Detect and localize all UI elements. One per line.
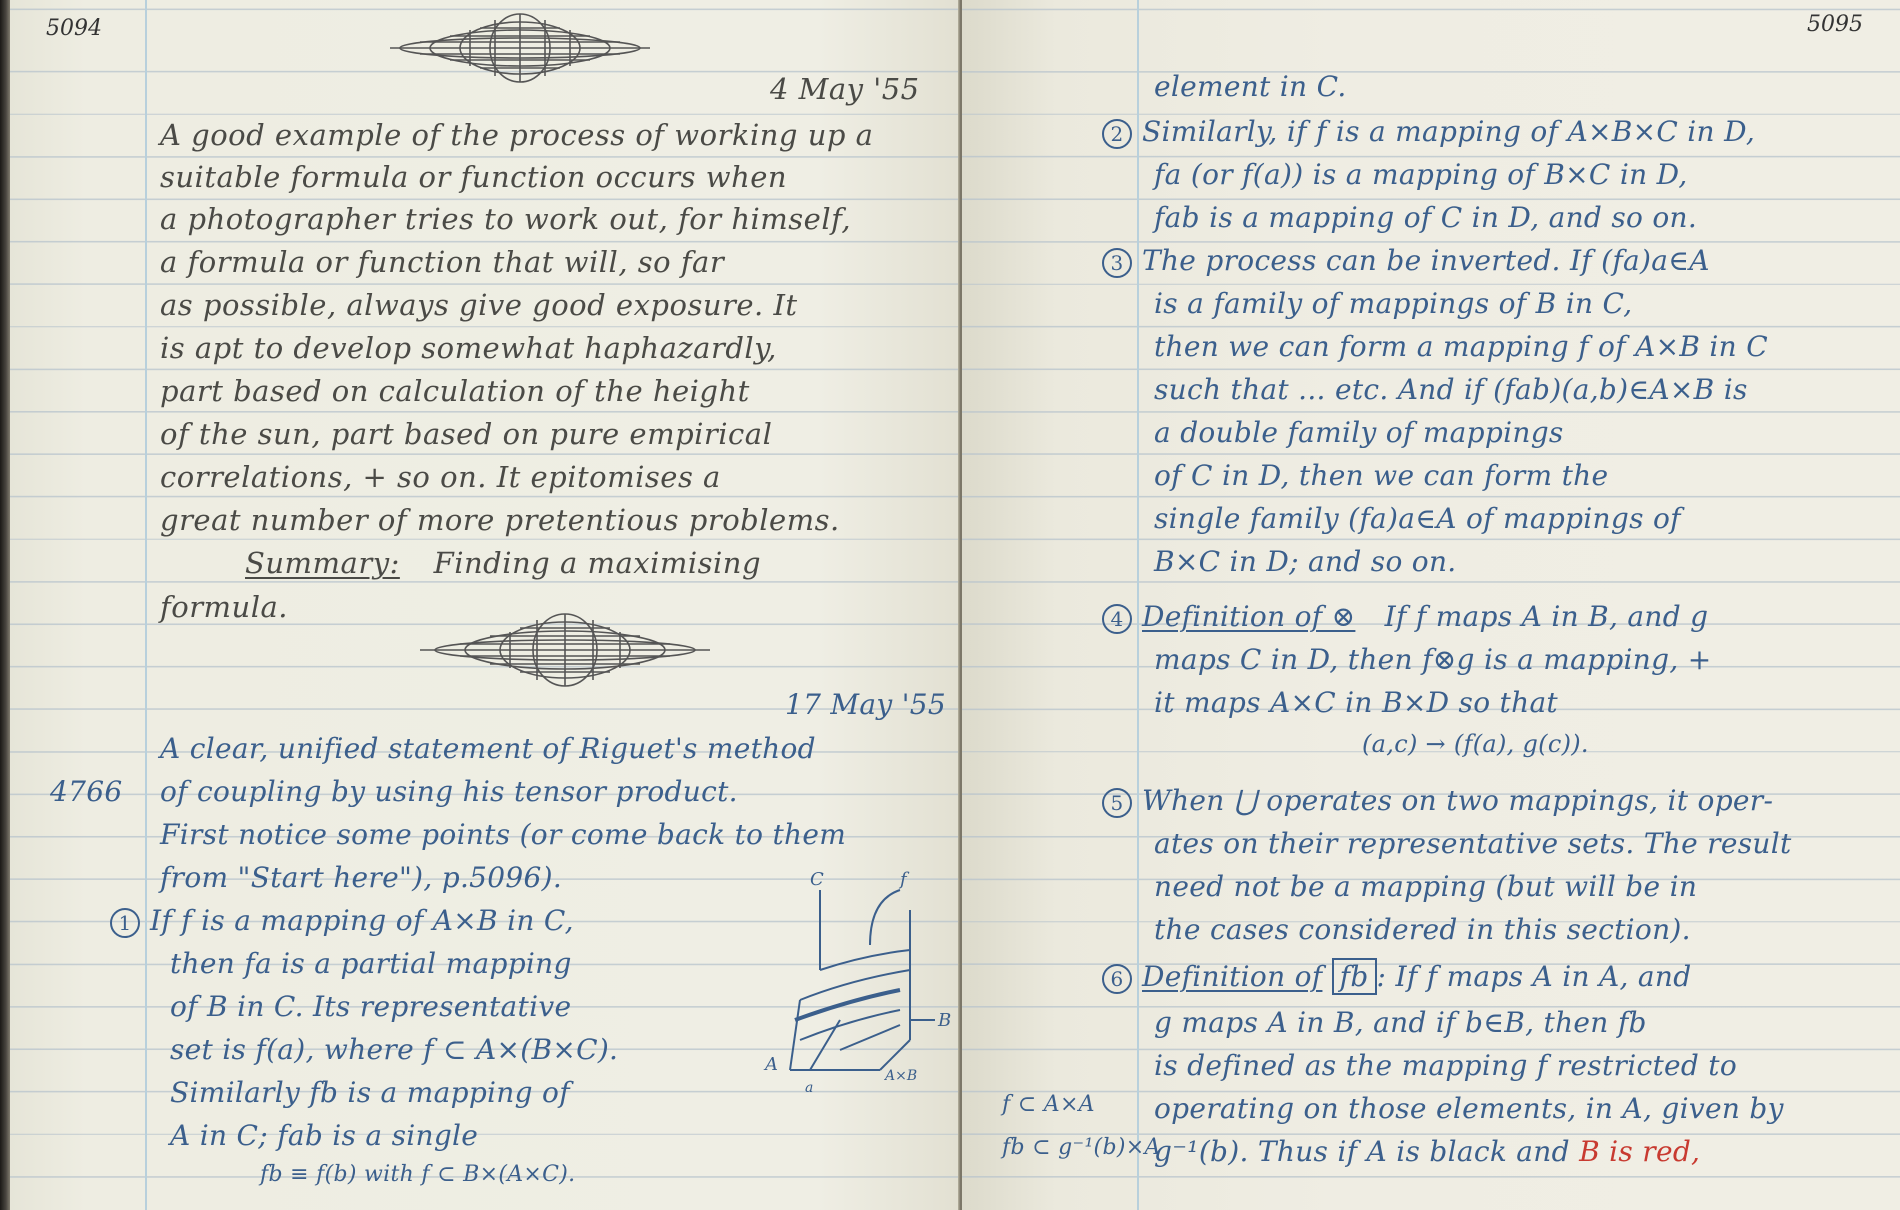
point-2: 2Similarly, if f is a mapping of A×B×C i…: [1102, 115, 1755, 149]
red-text: B is red,: [1579, 1135, 1700, 1168]
formula-line: (a,c) → (f(a), g(c)).: [1362, 730, 1589, 758]
summary-text: Finding a maximising: [434, 546, 761, 580]
definition-title: Definition of: [1142, 960, 1322, 993]
definition-title: Definition of ⊗: [1142, 600, 1355, 633]
point-number: 6: [1102, 964, 1132, 994]
text-line: is a family of mappings of B in C,: [1154, 287, 1632, 320]
mapping-diagram-icon: C f B A a A×B: [750, 870, 960, 1100]
footnote: fb ≡ f(b) with f ⊂ B×(A×C).: [260, 1162, 575, 1187]
text-line: suitable formula or function occurs when: [160, 160, 787, 194]
svg-text:C: C: [810, 870, 824, 890]
text-line: is apt to develop somewhat haphazardly,: [160, 331, 777, 365]
text-line: If f maps A in B, and g: [1385, 600, 1709, 633]
text-line: First notice some points (or come back t…: [160, 818, 846, 851]
text-line: fab is a mapping of C in D, and so on.: [1154, 201, 1697, 234]
point-number: 5: [1102, 788, 1132, 818]
text-line: element in C.: [1154, 70, 1347, 103]
text-line: then we can form a mapping f of A×B in C: [1154, 330, 1768, 363]
text-line: as possible, always give good exposure. …: [160, 288, 798, 322]
point-1: 1If f is a mapping of A×B in C,: [110, 904, 574, 938]
text-line: set is f(a), where f ⊂ A×(B×C).: [170, 1033, 618, 1066]
text-line: of the sun, part based on pure empirical: [160, 417, 772, 451]
text-line: a double family of mappings: [1154, 416, 1564, 449]
svg-text:a: a: [805, 1080, 813, 1096]
text-line: A good example of the process of working…: [160, 118, 873, 152]
text-line: of C in D, then we can form the: [1154, 459, 1608, 492]
text-line: part based on calculation of the height: [160, 374, 750, 408]
margin-note: fb ⊂ g⁻¹(b)×A: [1002, 1135, 1161, 1160]
page-number: 5094: [46, 16, 102, 41]
page-number: 5095: [1807, 12, 1863, 37]
svg-text:B: B: [937, 1010, 951, 1031]
text-line: need not be a mapping (but will be in: [1154, 870, 1697, 903]
text-line: Similarly, if f is a mapping of A×B×C in…: [1142, 115, 1755, 148]
text-line: B×C in D; and so on.: [1154, 545, 1457, 578]
point-number: 1: [110, 908, 140, 938]
text-line: is defined as the mapping f restricted t…: [1154, 1049, 1737, 1082]
text-line: such that ... etc. And if (fab)(a,b)∈A×B…: [1154, 373, 1748, 406]
text-line: it maps A×C in B×D so that: [1154, 686, 1558, 719]
text-line: g maps A in B, and if b∈B, then fb: [1154, 1006, 1647, 1039]
left-page: 5094 4 May '55 A good example of the pro…: [10, 0, 960, 1210]
text-line: The process can be inverted. If (fa)a∈A: [1142, 244, 1710, 277]
svg-text:f: f: [898, 870, 910, 890]
boxed-symbol: fb: [1332, 958, 1377, 995]
point-5: 5When ⋃ operates on two mappings, it ope…: [1102, 784, 1773, 818]
separator-scribble-icon: [380, 8, 660, 83]
text-line: maps C in D, then f⊗g is a mapping, +: [1154, 643, 1712, 676]
text-line: A in C; fab is a single: [170, 1119, 478, 1152]
margin-line: [145, 0, 147, 1210]
point-4: 4Definition of ⊗ If f maps A in B, and g: [1102, 600, 1708, 634]
text-line: of B in C. Its representative: [170, 990, 571, 1023]
point-number: 3: [1102, 248, 1132, 278]
text-line: Similarly fb is a mapping of: [170, 1076, 570, 1109]
text-line: a formula or function that will, so far: [160, 245, 724, 279]
text-line: from "Start here"), p.5096).: [160, 861, 562, 894]
point-3: 3The process can be inverted. If (fa)a∈A: [1102, 244, 1710, 278]
text-line: single family (fa)a∈A of mappings of: [1154, 502, 1681, 535]
text-segment: g⁻¹(b). Thus if A is black and: [1154, 1135, 1570, 1168]
text-line: the cases considered in this section).: [1154, 913, 1691, 946]
point-number: 4: [1102, 604, 1132, 634]
point-number: 2: [1102, 119, 1132, 149]
notebook-spread: 5094 4 May '55 A good example of the pro…: [0, 0, 1900, 1210]
right-page: 5095 element in C. 2Similarly, if f is a…: [962, 0, 1900, 1210]
text-line: If f is a mapping of A×B in C,: [150, 904, 574, 937]
text-line: great number of more pretentious problem…: [160, 503, 840, 537]
text-line: operating on those elements, in A, given…: [1154, 1092, 1784, 1125]
summary-label: Summary:: [245, 546, 400, 580]
margin-note: f ⊂ A×A: [1002, 1092, 1095, 1117]
entry-date: 17 May '55: [785, 688, 946, 721]
text-line: fa (or f(a)) is a mapping of B×C in D,: [1154, 158, 1688, 191]
text-line: g⁻¹(b). Thus if A is black and B is red,: [1154, 1135, 1700, 1168]
margin-reference: 4766: [50, 775, 122, 808]
separator-scribble-icon: [410, 610, 720, 690]
entry-date: 4 May '55: [770, 72, 920, 106]
text-line: When ⋃ operates on two mappings, it oper…: [1142, 784, 1773, 817]
summary-continued: formula.: [160, 590, 288, 624]
text-line: ates on their representative sets. The r…: [1154, 827, 1792, 860]
text-line: : If f maps A in A, and: [1377, 960, 1692, 993]
text-line: then fa is a partial mapping: [170, 947, 572, 980]
text-line: a photographer tries to work out, for hi…: [160, 202, 851, 236]
text-line: of coupling by using his tensor product.: [160, 775, 738, 808]
svg-text:A×B: A×B: [883, 1068, 917, 1084]
summary-line: Summary: Finding a maximising: [245, 546, 761, 580]
text-line: correlations, + so on. It epitomises a: [160, 460, 721, 494]
text-line: A clear, unified statement of Riguet's m…: [160, 732, 816, 765]
point-6: 6Definition of fb: If f maps A in A, and: [1102, 960, 1692, 994]
svg-text:A: A: [763, 1054, 778, 1075]
